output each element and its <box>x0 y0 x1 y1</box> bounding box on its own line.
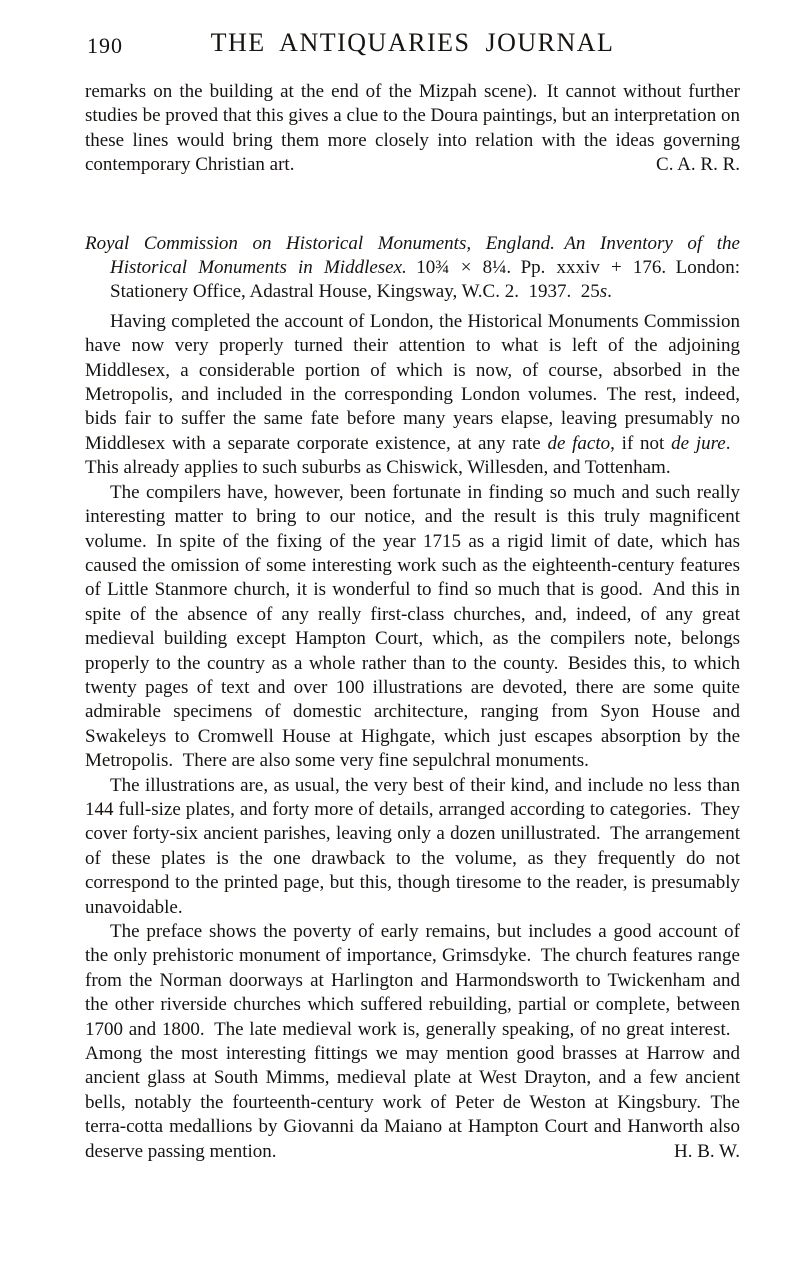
review-paragraph-text: The illustrations are, as usual, the ver… <box>85 775 740 918</box>
review-paragraph-text: Having completed the account of London, … <box>85 311 740 478</box>
review-paragraph: The compilers have, however, been fortun… <box>85 481 740 774</box>
reviewer-initials: H. B. W. <box>649 1140 740 1164</box>
review-paragraph: The illustrations are, as usual, the ver… <box>85 774 740 920</box>
page-header: 190 THE ANTIQUARIES JOURNAL <box>85 26 740 60</box>
review-paragraph: The preface shows the poverty of early r… <box>85 920 740 1164</box>
review-citation-text: Royal Commission on Historical Monuments… <box>85 233 740 303</box>
review-citation: Royal Commission on Historical Monuments… <box>85 232 740 305</box>
article-conclusion-text: remarks on the building at the end of th… <box>85 81 740 175</box>
journal-title: THE ANTIQUARIES JOURNAL <box>85 26 740 60</box>
article-conclusion-paragraph: remarks on the building at the end of th… <box>85 80 740 178</box>
review-paragraph-text: The preface shows the poverty of early r… <box>85 921 740 1162</box>
review-paragraph: Having completed the account of London, … <box>85 310 740 481</box>
book-review-section: Royal Commission on Historical Monuments… <box>85 232 740 1164</box>
review-paragraph-text: The compilers have, however, been fortun… <box>85 482 740 771</box>
journal-page: 190 THE ANTIQUARIES JOURNAL remarks on t… <box>0 0 800 1262</box>
page-number: 190 <box>87 33 123 59</box>
author-initials: C. A. R. R. <box>656 153 740 177</box>
